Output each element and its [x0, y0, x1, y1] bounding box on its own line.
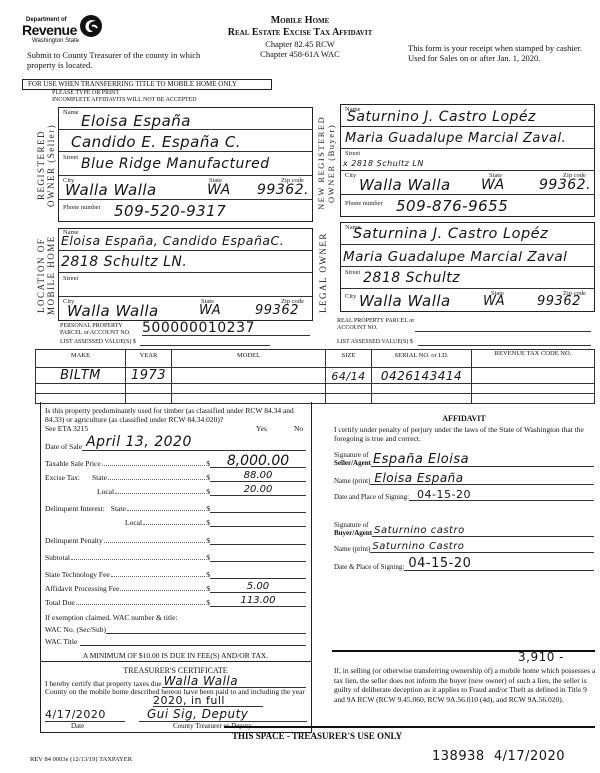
- buyer-zip[interactable]: 99362.: [539, 177, 591, 193]
- model-cell[interactable]: [172, 384, 326, 394]
- buyer-name-1[interactable]: Saturnino J. Castro Lopéz: [347, 109, 536, 125]
- buyer-phone[interactable]: 509-876-9655: [396, 197, 508, 215]
- seller-zip[interactable]: 99362.: [257, 182, 309, 198]
- location-line-2[interactable]: 2818 Schultz LN.: [61, 254, 187, 270]
- buyer-street[interactable]: x 2818 Schultz LN: [343, 159, 424, 168]
- exemption-label: If exemption claimed, WAC number & title…: [45, 613, 306, 622]
- legal-city-label: City: [345, 293, 356, 300]
- make-cell[interactable]: BILTM: [36, 368, 126, 384]
- seller-date[interactable]: 04-15-20: [409, 489, 594, 501]
- legal-parcel-value[interactable]: [415, 326, 591, 332]
- treasurer-certificate: TREASURER'S CERTIFICATE I hereby certify…: [40, 662, 312, 733]
- di-local-label: Local: [125, 518, 142, 527]
- buyer-date-label: Date & Place of Signing:: [334, 563, 404, 571]
- location-assessed-value[interactable]: [140, 338, 270, 346]
- see-eta: See ETA 3215: [45, 424, 88, 434]
- dor-swoosh-icon: [79, 14, 103, 38]
- tax-box: Is this property predominantly used for …: [40, 402, 312, 662]
- year-cell[interactable]: [126, 384, 172, 394]
- header-revenue-code: REVENUE TAX CODE NO.: [472, 350, 595, 368]
- sales-note: Used for Sales on or after Jan. 1, 2020.: [408, 53, 593, 63]
- wac-no[interactable]: [106, 626, 306, 634]
- affidavit-certify: I certify under penalty of perjury under…: [334, 425, 594, 443]
- submit-note: Submit to County Treasurer of the county…: [27, 50, 202, 70]
- buyer-name-print[interactable]: Saturnino Castro: [370, 542, 594, 553]
- legal-street-label: Street: [345, 269, 360, 276]
- logo-state: Washington State: [32, 38, 79, 44]
- seller-box: Name Eloisa España Candido E. España C. …: [58, 107, 313, 222]
- total-due-label: Total Due: [45, 598, 75, 607]
- logo-revenue: Revenue: [22, 22, 77, 38]
- revenue-code-cell[interactable]: [472, 394, 595, 404]
- header-serial: SERIAL NO. or I.D.: [372, 350, 472, 368]
- serial-cell[interactable]: [372, 384, 472, 394]
- buyer-city[interactable]: Walla Walla: [359, 176, 451, 194]
- affidavit-title: AFFIDAVIT: [334, 414, 594, 423]
- treasurer-year[interactable]: 2020, in full: [153, 695, 263, 707]
- seller-signature[interactable]: España Eloisa: [371, 453, 594, 467]
- date-of-sale-label: Date of Sale: [45, 442, 82, 451]
- chapter-rcw: Chapter 82.45 RCW: [205, 39, 395, 49]
- table-row: [36, 384, 595, 394]
- legal-street[interactable]: 2818 Schultz: [363, 270, 460, 286]
- buyer-sig-label-1: Signature of: [334, 521, 372, 529]
- lien-handwritten-amount[interactable]: 3,910 -: [518, 650, 564, 664]
- incomplete-note: INCOMPLETE AFFIDAVITS WILL NOT BE ACCEPT…: [52, 97, 197, 104]
- tech-fee-label: State Technology Fee: [45, 570, 110, 579]
- size-cell[interactable]: [326, 394, 372, 404]
- location-box: Name Eloisa España, Candido EspañaC. 281…: [58, 228, 313, 321]
- seller-city[interactable]: Walla Walla: [65, 181, 157, 199]
- chapter-wac: Chapter 458-61A WAC: [205, 49, 395, 59]
- location-assessed-label: LIST ASSESSED VALUE(S) $: [60, 339, 136, 346]
- table-row: BILTM 1973 64/14 0426143414: [36, 368, 595, 384]
- treasurer-date-label: Date: [71, 722, 84, 730]
- delinquent-interest-label: Delinquent Interest:: [45, 504, 105, 513]
- year-cell[interactable]: 1973: [126, 368, 172, 384]
- buyer-state[interactable]: WA: [481, 177, 505, 193]
- legal-zip[interactable]: 99362: [537, 294, 581, 309]
- delinquent-penalty[interactable]: [210, 544, 306, 545]
- seller-section-label: REGISTERED OWNER (Seller): [36, 110, 60, 220]
- timber-question: Is this property predominantly used for …: [45, 406, 307, 424]
- excise-local[interactable]: 20.00: [210, 484, 306, 496]
- seller-phone[interactable]: 509-520-9317: [114, 202, 226, 220]
- buyer-phone-label: Phone number: [345, 200, 383, 207]
- header-model: MODEL: [172, 350, 326, 368]
- excise-local-label: Local: [97, 487, 114, 496]
- yes-option[interactable]: Yes: [256, 424, 267, 433]
- model-cell[interactable]: [172, 368, 326, 384]
- revenue-code-cell[interactable]: [472, 368, 595, 384]
- buyer-box: Name Saturnino J. Castro Lopéz Maria Gua…: [340, 104, 595, 217]
- delinquent-interest-local[interactable]: [210, 526, 306, 527]
- revenue-code-cell[interactable]: [472, 384, 595, 394]
- legal-name-1[interactable]: Saturnina J. Castro Lopéz: [353, 226, 548, 242]
- location-zip[interactable]: 99362: [255, 303, 299, 318]
- type-note: PLEASE TYPE OR PRINT: [52, 90, 119, 97]
- location-city[interactable]: Walla Walla: [67, 302, 159, 320]
- serial-cell[interactable]: 0426143414: [372, 368, 472, 384]
- legal-city[interactable]: Walla Walla: [359, 292, 451, 310]
- processing-fee[interactable]: 5.00: [210, 581, 306, 593]
- treasurer-date[interactable]: 4/17/2020: [45, 709, 125, 722]
- delinquent-penalty-label: Delinquent Penalty: [45, 536, 103, 545]
- legal-parcel-label: REAL PROPERTY PARCEL or ACCOUNT NO.: [337, 318, 417, 332]
- size-cell[interactable]: 64/14: [326, 368, 372, 384]
- location-parcel-label: PERSONAL PROPERTY PARCEL or ACCOUNT NO.: [60, 323, 140, 337]
- processing-fee-label: Affidavit Processing Fee: [45, 584, 119, 593]
- treasurer-signature[interactable]: Gui Sig, Deputy: [139, 708, 307, 722]
- seller-sig-label-1: Signature of: [334, 451, 371, 459]
- location-parcel-value[interactable]: 500000010237: [142, 320, 310, 336]
- taxable-price-label: Taxable Sale Price: [45, 459, 101, 468]
- seller-date-label: Date and Place of Signing:: [334, 493, 409, 501]
- location-name[interactable]: Eloisa España, Candido EspañaC.: [61, 233, 284, 248]
- subtotal[interactable]: [210, 561, 306, 562]
- use-banner: FOR USE WHEN TRANSFERRING TITLE TO MOBIL…: [22, 79, 272, 90]
- seller-state[interactable]: WA: [207, 182, 231, 198]
- delinquent-interest-state[interactable]: [210, 512, 306, 513]
- buyer-name-print-label: Name (print): [334, 545, 370, 553]
- receipt-stamp: 138938 4/17/2020: [432, 749, 565, 764]
- subtotal-label: Subtotal: [45, 553, 70, 562]
- form-title-1: Mobile Home: [205, 15, 395, 27]
- seller-name-1[interactable]: Eloisa España: [81, 112, 191, 130]
- wac-no-label: WAC No. (Sec/Sub): [45, 625, 106, 634]
- affidavit-section: AFFIDAVIT I certify under penalty of per…: [334, 414, 594, 571]
- total-due[interactable]: 113.00: [210, 595, 306, 607]
- lien-bottom-rule: [224, 726, 595, 728]
- buyer-signature[interactable]: Saturnino castro: [372, 526, 594, 537]
- mobile-home-table: MAKE YEAR MODEL SIZE SERIAL NO. or I.D. …: [35, 349, 595, 401]
- no-option[interactable]: No: [294, 424, 303, 433]
- wac-title[interactable]: [80, 638, 306, 646]
- form-id: REV 84 0003e (12/13/19) TAXPAYER: [30, 756, 132, 763]
- legal-assessed-label: LIST ASSESSED VALUE(S) $: [337, 339, 413, 346]
- serial-cell[interactable]: [372, 394, 472, 404]
- seller-name-print[interactable]: Eloisa España: [370, 472, 594, 485]
- taxable-price[interactable]: 8,000.00: [210, 456, 306, 468]
- seller-name-label: Name: [63, 109, 79, 116]
- legal-owner-box: Name Saturnina J. Castro Lopéz Maria Gua…: [340, 222, 595, 312]
- excise-tax-label: Excise Tax:: [45, 473, 80, 482]
- size-cell[interactable]: [326, 384, 372, 394]
- legal-state[interactable]: WA: [483, 294, 505, 309]
- form-title-2: Real Estate Excise Tax Affidavit: [205, 27, 395, 39]
- legal-name-2[interactable]: Maria Guadalupe Marcial Zaval: [343, 249, 567, 265]
- buyer-date[interactable]: 04-15-20: [404, 557, 594, 571]
- buyer-city-label: City: [345, 172, 356, 179]
- buyer-name-2[interactable]: Maria Guadalupe Marcial Zaval.: [345, 131, 566, 146]
- receipt-note: This form is your receipt when stamped b…: [408, 43, 593, 53]
- tech-fee[interactable]: [210, 578, 306, 579]
- header-size: SIZE: [326, 350, 372, 368]
- lien-notice: If, in selling (or otherwise transferrin…: [334, 666, 596, 704]
- legal-assessed-value[interactable]: [418, 338, 591, 346]
- dor-logo: Department of Revenue Washington State: [22, 12, 102, 50]
- location-state[interactable]: WA: [199, 303, 221, 318]
- header-year: YEAR: [126, 350, 172, 368]
- buyer-section-label: NEW REGISTERED OWNER (Buyer): [316, 108, 340, 218]
- location-section-label: LOCATION OF MOBILE HOME: [36, 228, 60, 323]
- seller-street-label: Street: [63, 154, 78, 161]
- make-cell[interactable]: [36, 384, 126, 394]
- legal-owner-section-label: LEGAL OWNER: [318, 225, 338, 320]
- minimum-note: A MINIMUM OF $10.00 IS DUE IN FEE(S) AND…: [45, 651, 306, 660]
- excise-state-label: State: [92, 473, 107, 482]
- date-of-sale[interactable]: April 13, 2020: [82, 435, 306, 451]
- seller-name-print-label: Name (print): [334, 477, 370, 485]
- buyer-sig-label-2: Buyer/Agent: [334, 529, 372, 537]
- seller-phone-label: Phone number: [63, 204, 101, 211]
- location-street-label: Street: [63, 275, 78, 282]
- header-make: MAKE: [36, 350, 126, 368]
- buyer-street-label: Street: [345, 150, 360, 157]
- seller-street[interactable]: Blue Ridge Manufactured: [81, 156, 270, 172]
- seller-name-2[interactable]: Candido E. España C.: [71, 133, 241, 151]
- seller-sig-label-2: Seller/Agent: [334, 459, 371, 467]
- excise-state[interactable]: 88.00: [210, 470, 306, 482]
- di-state-label: State: [111, 504, 126, 513]
- treasurer-use-only: THIS SPACE - TREASURER'S USE ONLY: [232, 731, 402, 741]
- wac-title-label: WAC Title: [45, 637, 77, 646]
